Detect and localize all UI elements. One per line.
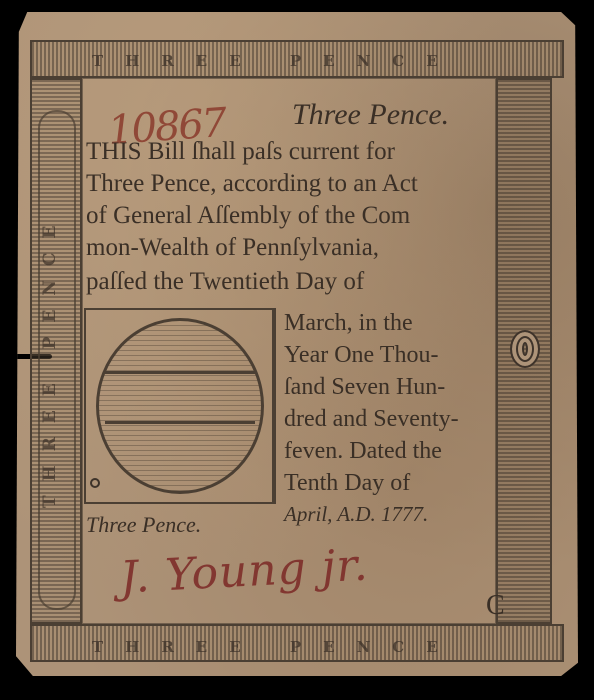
body-line-4: mon-Wealth of Pennſylvania, [86,234,379,262]
pennsylvania-seal-icon [96,318,264,494]
border-bottom-text: THREE PENCE [92,638,460,656]
right-line-1: March, in the [284,310,413,337]
ornament-swirl-icon [510,330,540,368]
right-line-6: Tenth Day of [284,470,410,497]
border-top-text: THREE PENCE [92,52,460,70]
body-line-2: Three Pence, according to an Act [86,170,418,198]
seal-box [84,308,274,504]
border-left-text: THREE PENCE [38,110,76,610]
right-line-3: ſand Seven Hun- [284,374,445,401]
right-line-5: feven. Dated the [284,438,442,465]
right-line-4: dred and Seventy- [284,406,459,433]
border-right [496,78,552,624]
plate-letter: C [486,590,505,622]
body-line-5: paſſed the Twentieth Day of [86,268,364,296]
border-left: THREE PENCE [30,78,82,624]
seal-band [105,421,255,424]
date-line: April, A.D. 1777. [284,502,428,527]
column-divider [274,308,276,504]
right-line-2: Year One Thou- [284,342,438,369]
denomination-header: Three Pence. [292,98,449,132]
body-line-1: THIS Bill ſhall paſs current for [86,138,395,166]
body-line-3: of General Aſſembly of the Com [86,202,410,230]
seal-band [105,371,255,374]
border-top: THREE PENCE [30,40,564,78]
denomination-footer: Three Pence. [86,512,201,538]
seal-dot-icon [90,478,100,488]
border-bottom: THREE PENCE [30,624,564,662]
currency-note: THREE PENCE THREE PENCE THREE PENCE 1086… [16,12,578,676]
